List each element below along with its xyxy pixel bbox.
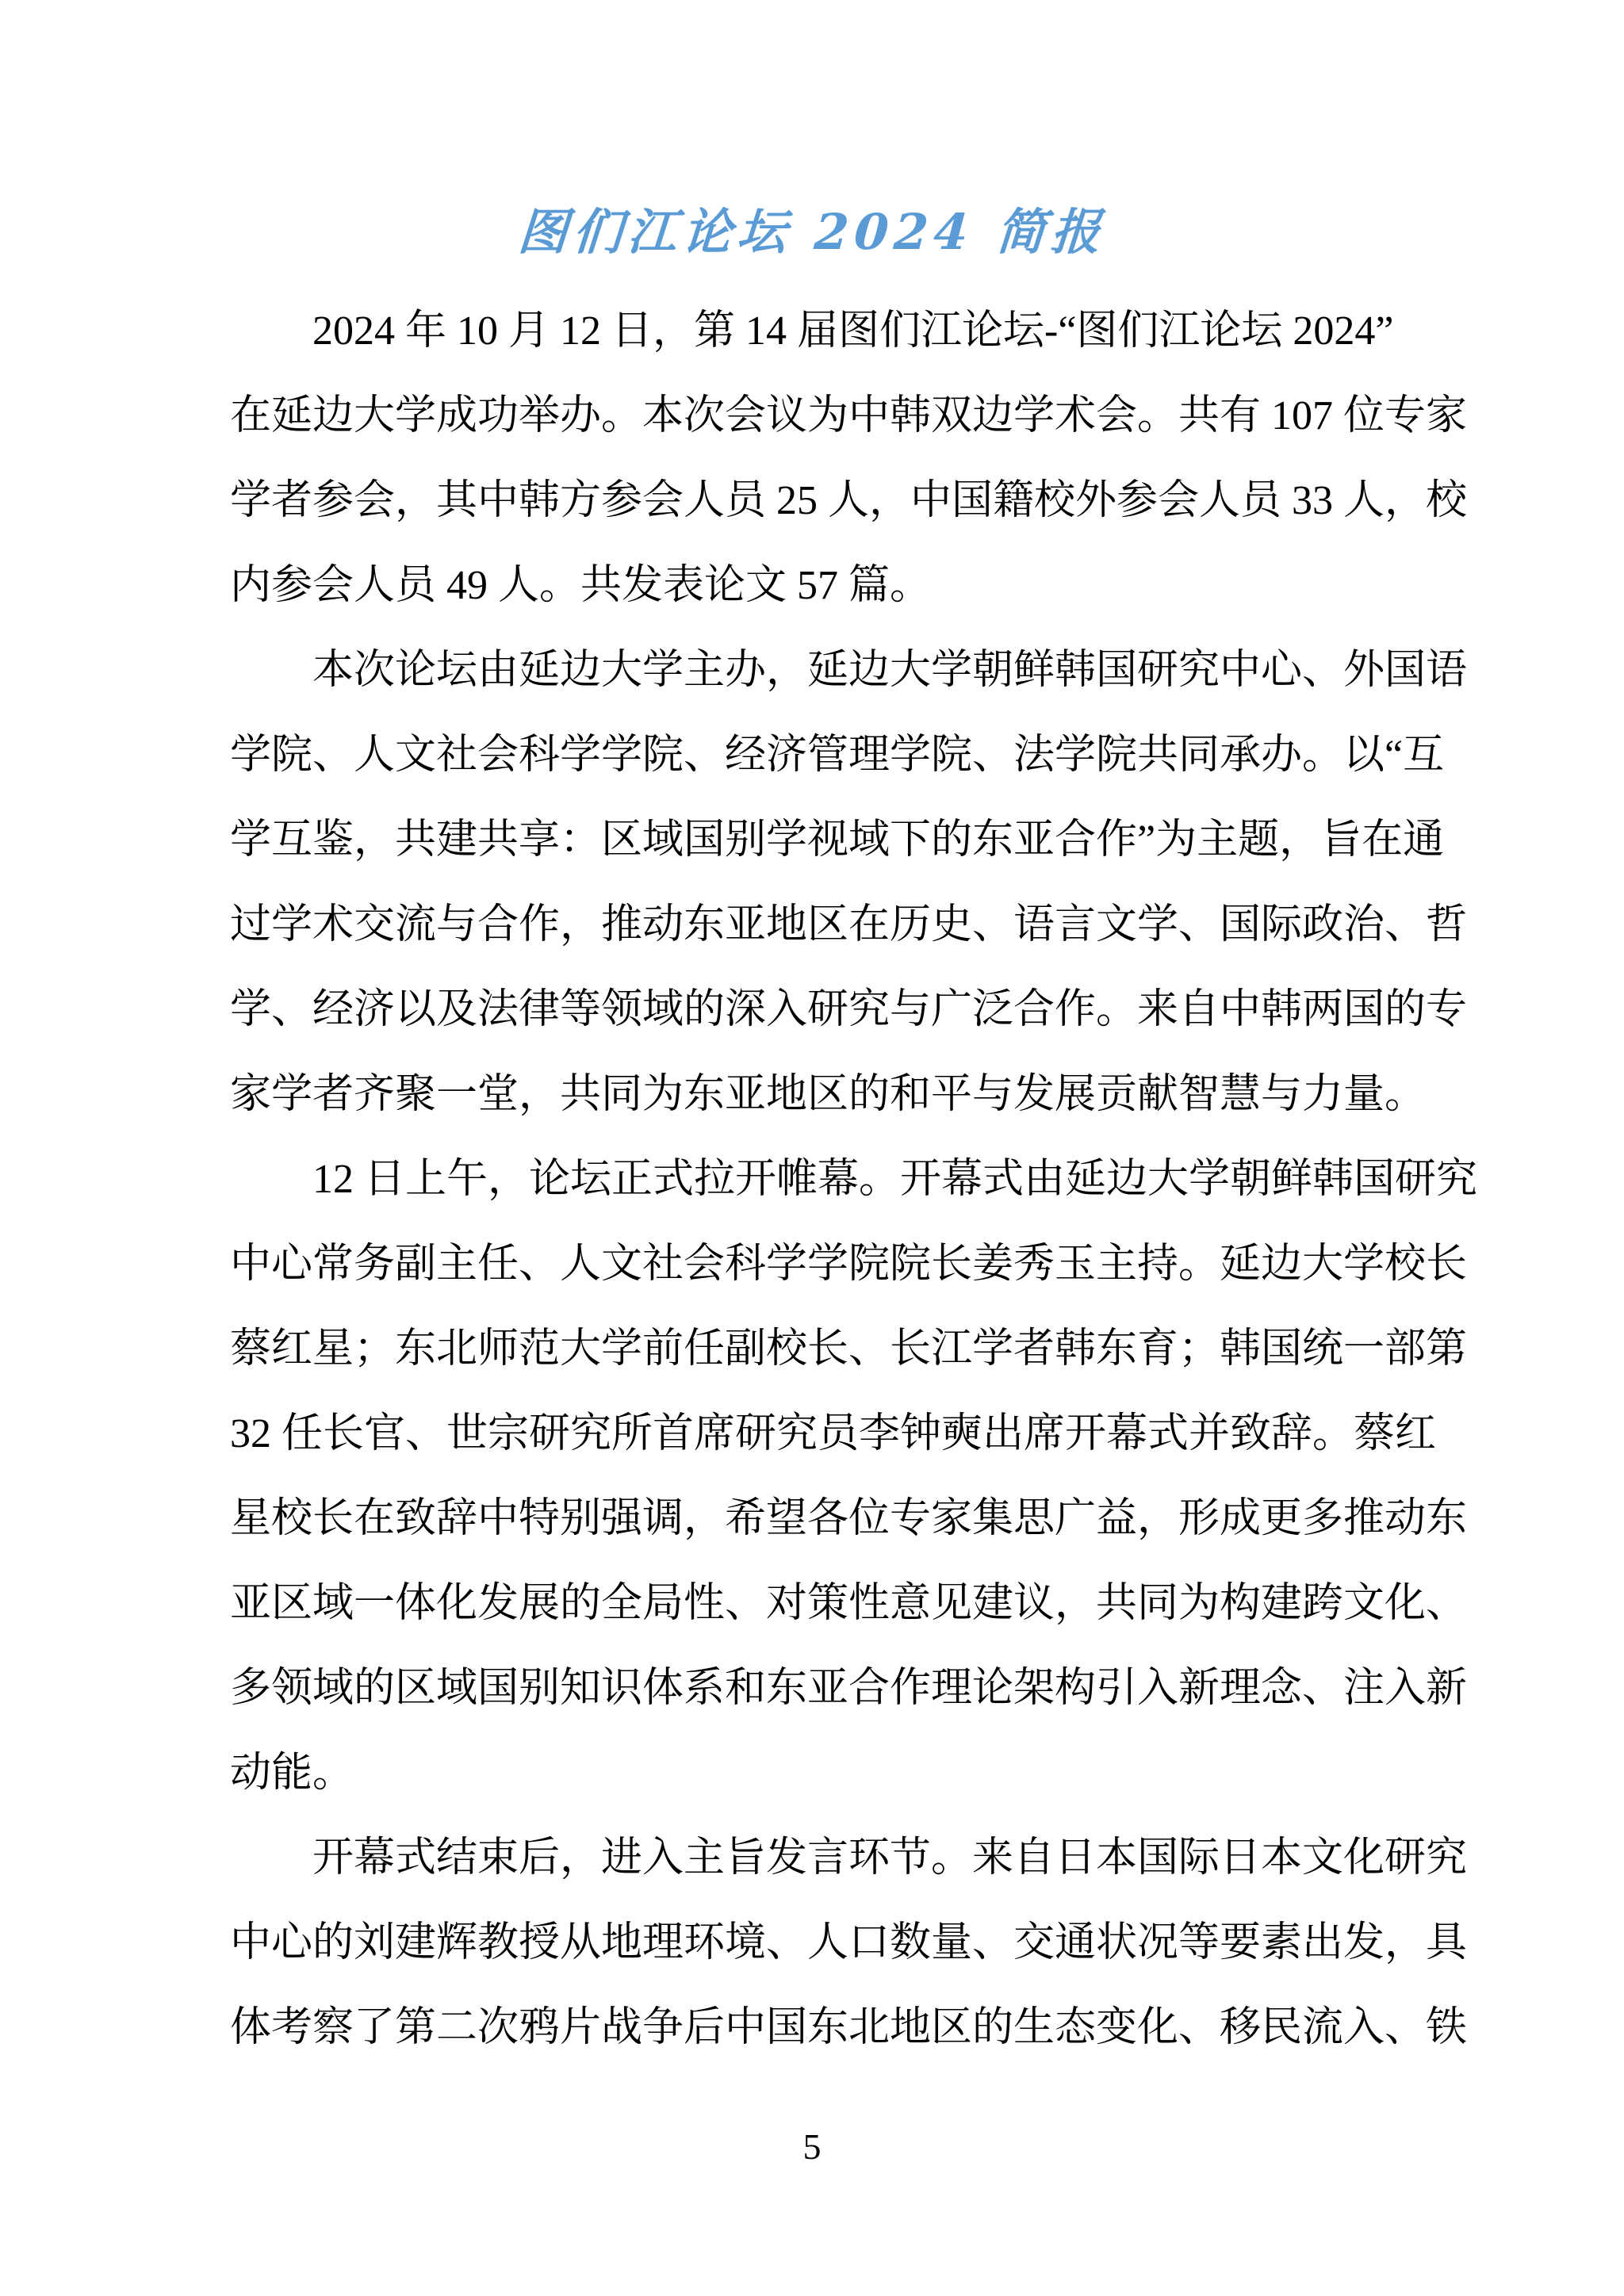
text-line: 动能。 bbox=[230, 1731, 1392, 1816]
text-line: 2024 年 10 月 12 日，第 14 届图们江论坛-“图们江论坛 2024… bbox=[230, 289, 1392, 373]
text-line: 学、经济以及法律等领域的深入研究与广泛合作。来自中韩两国的专 bbox=[230, 967, 1392, 1052]
text-line: 在延边大学成功举办。本次会议为中韩双边学术会。共有 107 位专家 bbox=[230, 373, 1392, 458]
text-line: 学互鉴，共建共享：区域国别学视域下的东亚合作”为主题，旨在通 bbox=[230, 798, 1392, 882]
text-line: 学院、人文社会科学学院、经济管理学院、法学院共同承办。以“互 bbox=[230, 713, 1392, 798]
text-line: 多领域的区域国别知识体系和东亚合作理论架构引入新理念、注入新 bbox=[230, 1646, 1392, 1731]
text-line: 32 任长官、世宗研究所首席研究员李钟奭出席开幕式并致辞。蔡红 bbox=[230, 1391, 1392, 1476]
text-line: 蔡红星；东北师范大学前任副校长、长江学者韩东育；韩国统一部第 bbox=[230, 1307, 1392, 1391]
document-page: 图们江论坛 2024 简报 2024 年 10 月 12 日，第 14 届图们江… bbox=[0, 0, 1624, 2296]
text-line: 过学术交流与合作，推动东亚地区在历史、语言文学、国际政治、哲 bbox=[230, 882, 1392, 967]
text-line: 12 日上午，论坛正式拉开帷幕。开幕式由延边大学朝鲜韩国研究 bbox=[230, 1137, 1392, 1222]
text-line: 学者参会，其中韩方参会人员 25 人，中国籍校外参会人员 33 人，校 bbox=[230, 458, 1392, 543]
document-body: 2024 年 10 月 12 日，第 14 届图们江论坛-“图们江论坛 2024… bbox=[230, 289, 1392, 2070]
text-line: 开幕式结束后，进入主旨发言环节。来自日本国际日本文化研究 bbox=[230, 1816, 1392, 1900]
text-line: 中心常务副主任、人文社会科学学院院长姜秀玉主持。延边大学校长 bbox=[230, 1222, 1392, 1307]
text-line: 家学者齐聚一堂，共同为东亚地区的和平与发展贡献智慧与力量。 bbox=[230, 1052, 1392, 1137]
page-number: 5 bbox=[0, 2126, 1624, 2168]
text-line: 本次论坛由延边大学主办，延边大学朝鲜韩国研究中心、外国语 bbox=[230, 628, 1392, 713]
text-line: 亚区域一体化发展的全局性、对策性意见建议，共同为构建跨文化、 bbox=[230, 1561, 1392, 1646]
text-line: 体考察了第二次鸦片战争后中国东北地区的生态变化、移民流入、铁 bbox=[230, 1985, 1392, 2070]
text-line: 星校长在致辞中特别强调，希望各位专家集思广益，形成更多推动东 bbox=[230, 1476, 1392, 1561]
text-line: 中心的刘建辉教授从地理环境、人口数量、交通状况等要素出发，具 bbox=[230, 1900, 1392, 1985]
page-title: 图们江论坛 2024 简报 bbox=[0, 205, 1624, 260]
text-line: 内参会人员 49 人。共发表论文 57 篇。 bbox=[230, 543, 1392, 628]
